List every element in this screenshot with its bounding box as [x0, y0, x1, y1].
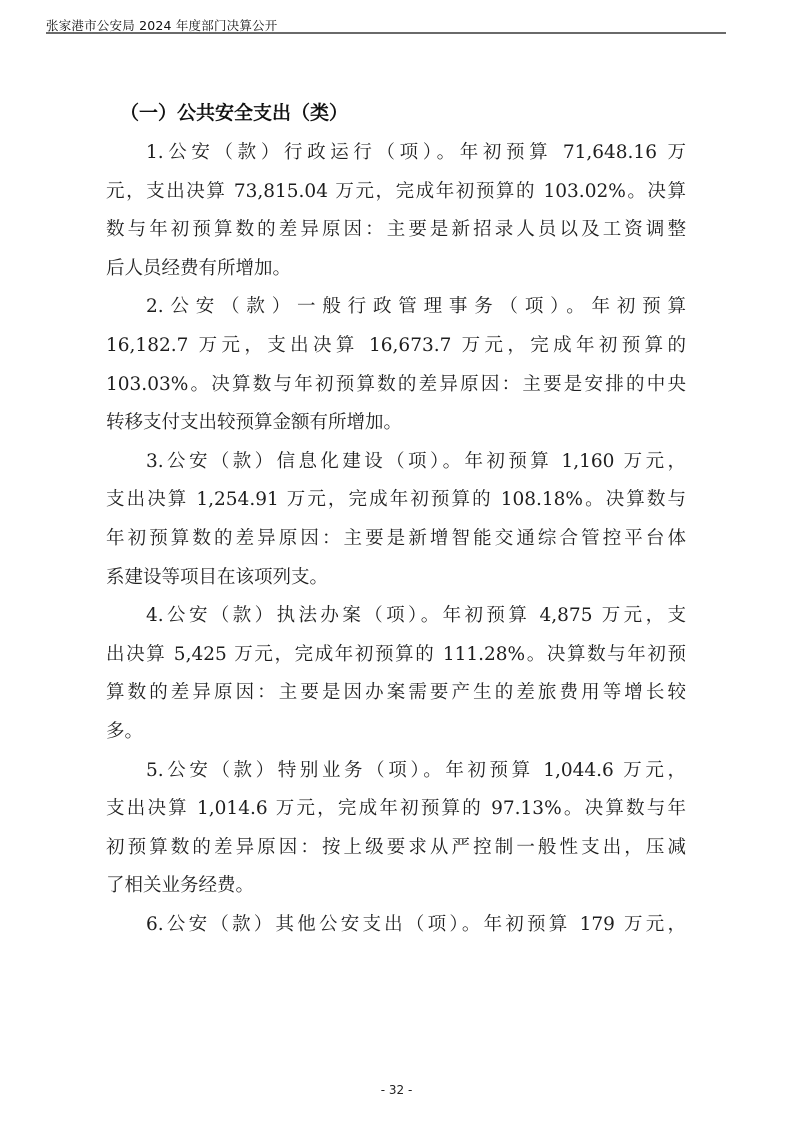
paragraph-line: 支出决算 1,254.91 万元，完成年初预算的 108.18%。决算数与 — [106, 481, 686, 520]
section-title: （一）公共安全支出（类） — [106, 92, 686, 134]
paragraph-line: 后人员经费有所增加。 — [106, 250, 686, 289]
paragraph-line: 支出决算 1,014.6 万元，完成年初预算的 97.13%。决算数与年 — [106, 790, 686, 829]
paragraph-line: 出决算 5,425 万元，完成年初预算的 111.28%。决算数与年初预 — [106, 636, 686, 675]
paragraph-line: 2.公安（款）一般行政管理事务（项）。年初预算 — [106, 288, 686, 327]
paragraph-line: 5.公安（款）特别业务（项）。年初预算 1,044.6 万元， — [106, 752, 686, 791]
paragraph-line: 元，支出决算 73,815.04 万元，完成年初预算的 103.02%。决算 — [106, 173, 686, 212]
paragraph-line: 转移支付支出较预算金额有所增加。 — [106, 404, 686, 443]
document-body: （一）公共安全支出（类） 1.公安（款）行政运行（项）。年初预算 71,648.… — [106, 92, 686, 944]
header-divider — [46, 32, 726, 34]
paragraph-1: 1.公安（款）行政运行（项）。年初预算 71,648.16 万 元，支出决算 7… — [106, 134, 686, 288]
paragraph-line: 算数的差异原因：主要是因办案需要产生的差旅费用等增长较 — [106, 674, 686, 713]
paragraph-line: 系建设等项目在该项列支。 — [106, 559, 686, 598]
paragraph-line: 年初预算数的差异原因：主要是新增智能交通综合管控平台体 — [106, 520, 686, 559]
paragraph-6: 6.公安（款）其他公安支出（项）。年初预算 179 万元， — [106, 906, 686, 945]
paragraph-line: 6.公安（款）其他公安支出（项）。年初预算 179 万元， — [106, 906, 686, 945]
paragraph-line: 16,182.7 万元，支出决算 16,673.7 万元，完成年初预算的 — [106, 327, 686, 366]
page-number: - 32 - — [0, 1083, 793, 1097]
paragraph-line: 数与年初预算数的差异原因：主要是新招录人员以及工资调整 — [106, 211, 686, 250]
paragraph-2: 2.公安（款）一般行政管理事务（项）。年初预算 16,182.7 万元，支出决算… — [106, 288, 686, 442]
paragraph-line: 3.公安（款）信息化建设（项）。年初预算 1,160 万元， — [106, 443, 686, 482]
paragraph-3: 3.公安（款）信息化建设（项）。年初预算 1,160 万元， 支出决算 1,25… — [106, 443, 686, 597]
paragraph-line: 4.公安（款）执法办案（项）。年初预算 4,875 万元，支 — [106, 597, 686, 636]
paragraph-line: 多。 — [106, 713, 686, 752]
paragraph-5: 5.公安（款）特别业务（项）。年初预算 1,044.6 万元， 支出决算 1,0… — [106, 752, 686, 906]
paragraph-line: 1.公安（款）行政运行（项）。年初预算 71,648.16 万 — [106, 134, 686, 173]
paragraph-line: 初预算数的差异原因：按上级要求从严控制一般性支出，压减 — [106, 829, 686, 868]
paragraph-4: 4.公安（款）执法办案（项）。年初预算 4,875 万元，支 出决算 5,425… — [106, 597, 686, 751]
paragraph-line: 103.03%。决算数与年初预算数的差异原因：主要是安排的中央 — [106, 366, 686, 405]
paragraph-line: 了相关业务经费。 — [106, 867, 686, 906]
